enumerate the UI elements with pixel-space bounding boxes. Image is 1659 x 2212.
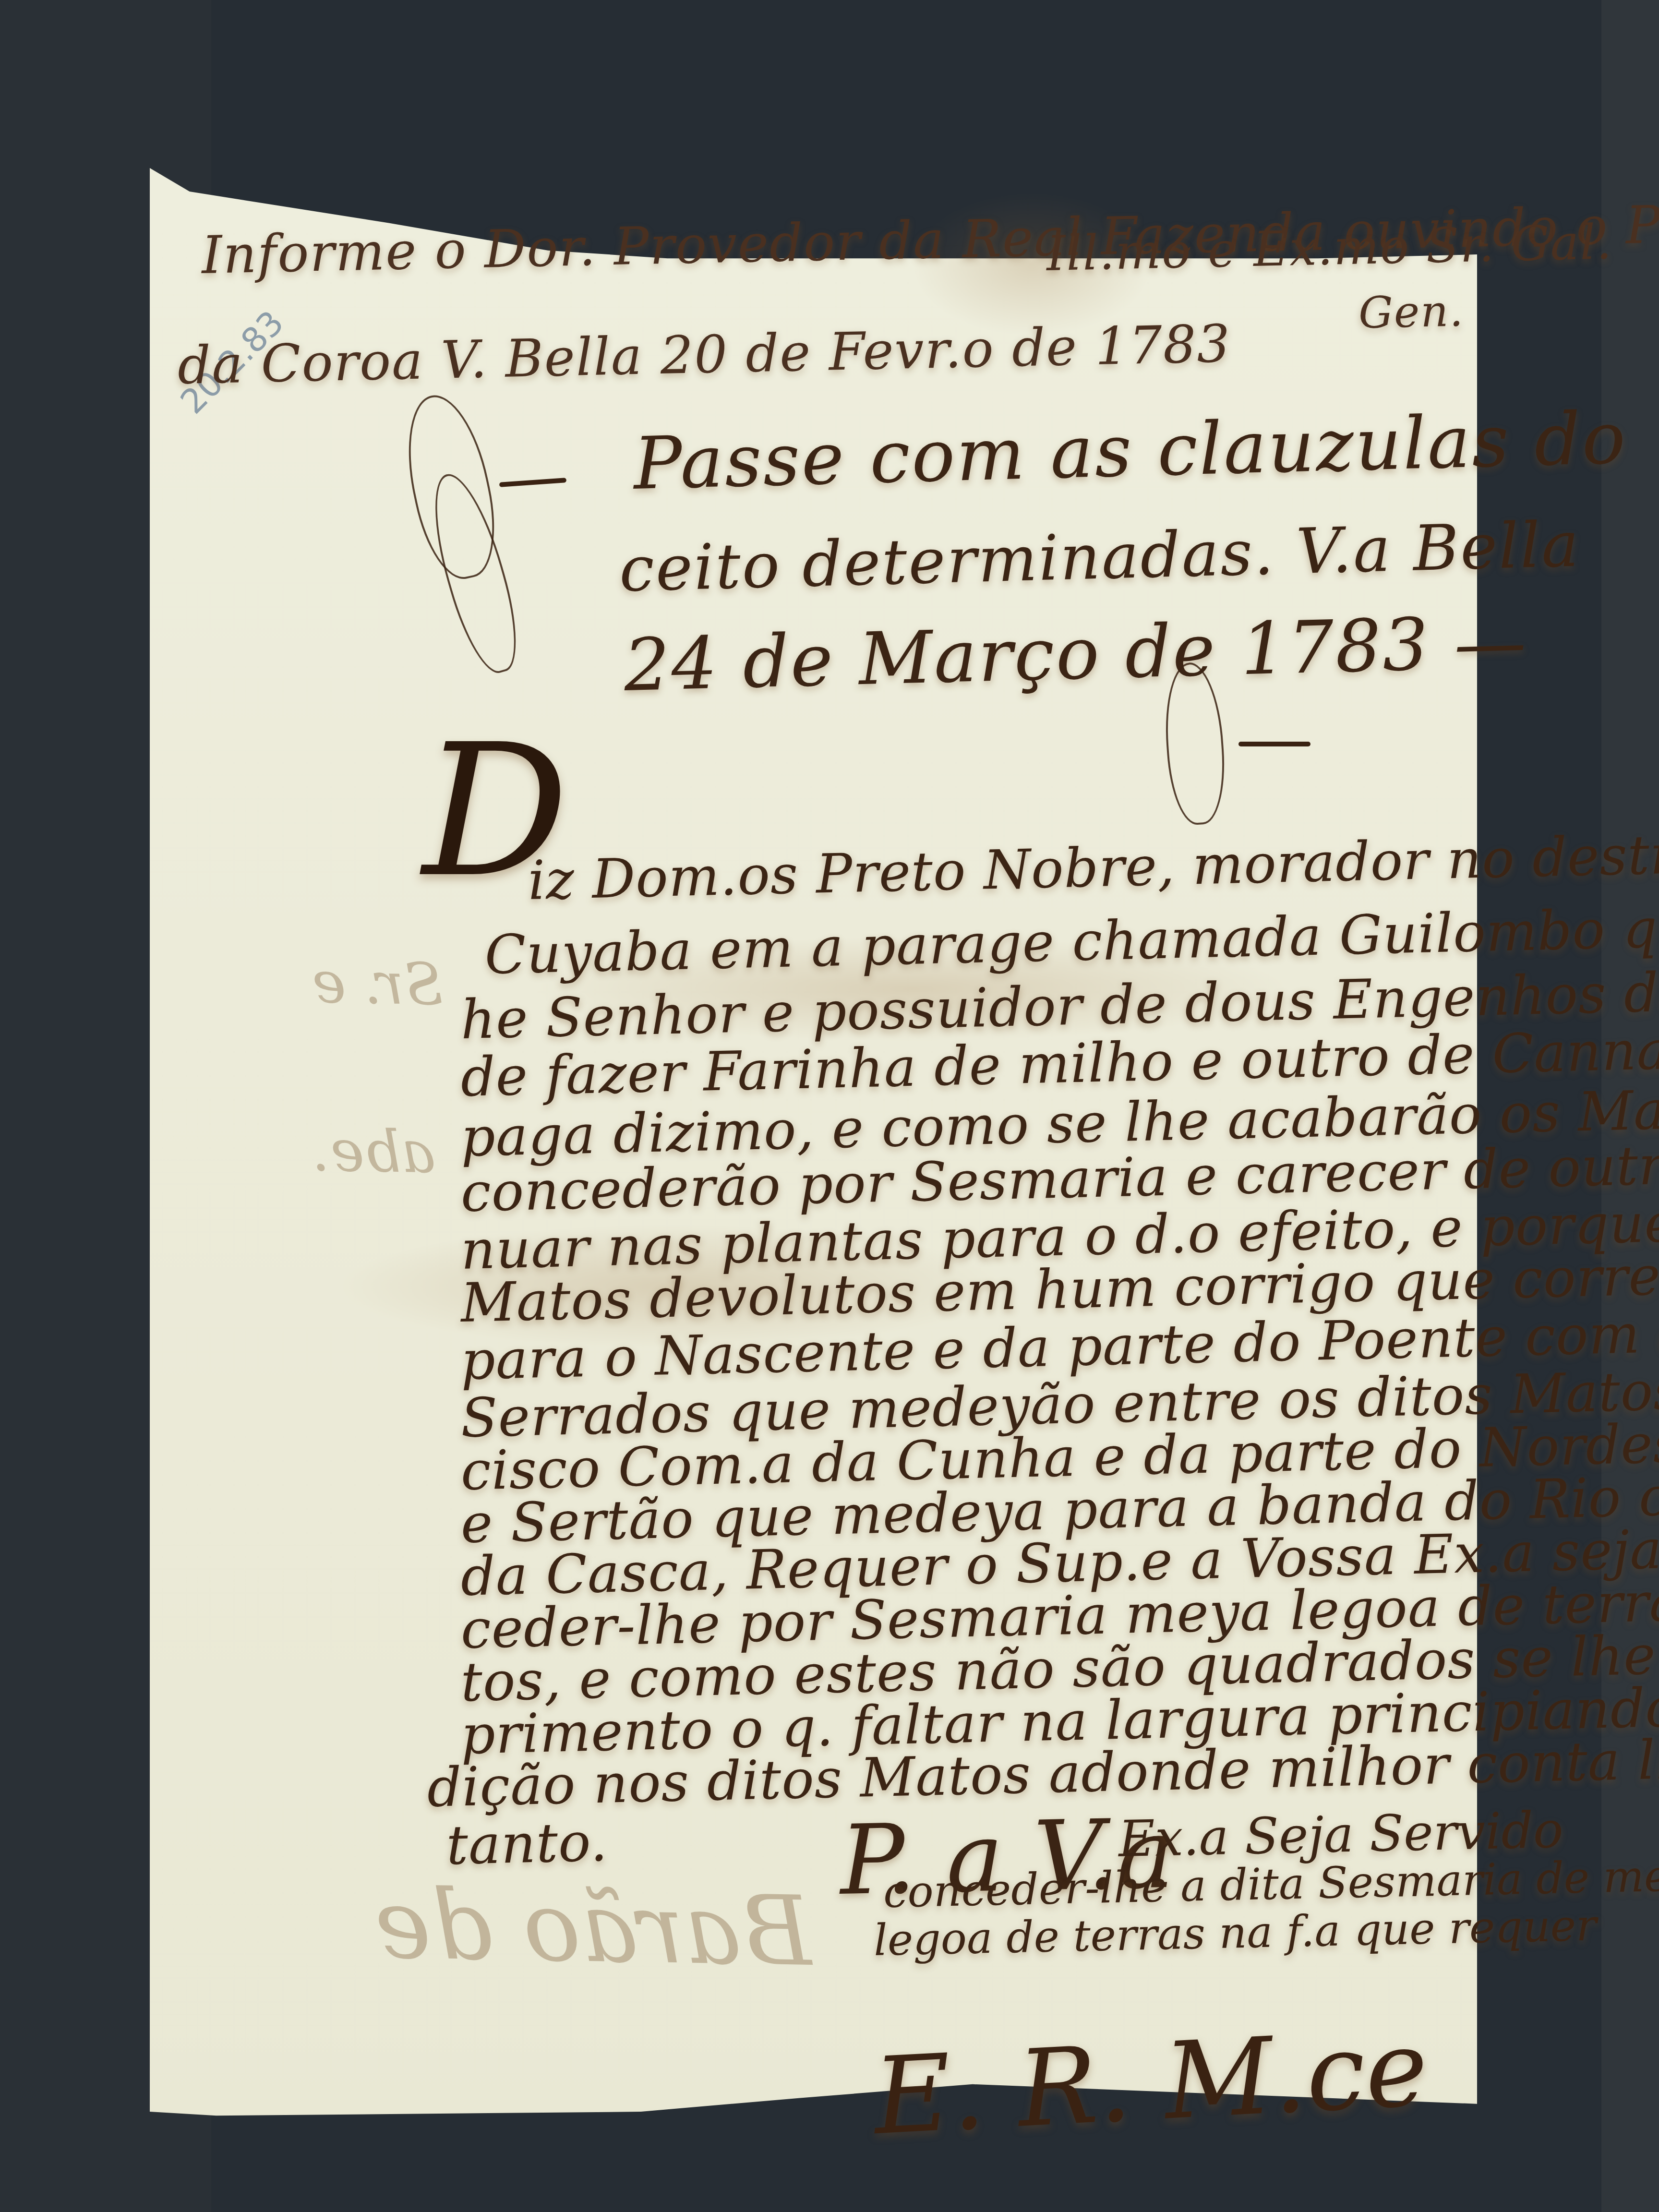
petition-line: tanto. [446, 1811, 609, 1877]
top-annotation-side-1: Ill.mo e Ex.mo Sr. Gal. [1046, 214, 1613, 282]
top-annotation-side-2: Gen. [1358, 286, 1465, 338]
bleed-through-signature: Barão de [373, 1868, 813, 1988]
bleed-through-text: Sr. e [312, 950, 444, 1019]
rubric-dash [1238, 742, 1310, 746]
bleed-through-text: abe. [312, 1118, 436, 1186]
